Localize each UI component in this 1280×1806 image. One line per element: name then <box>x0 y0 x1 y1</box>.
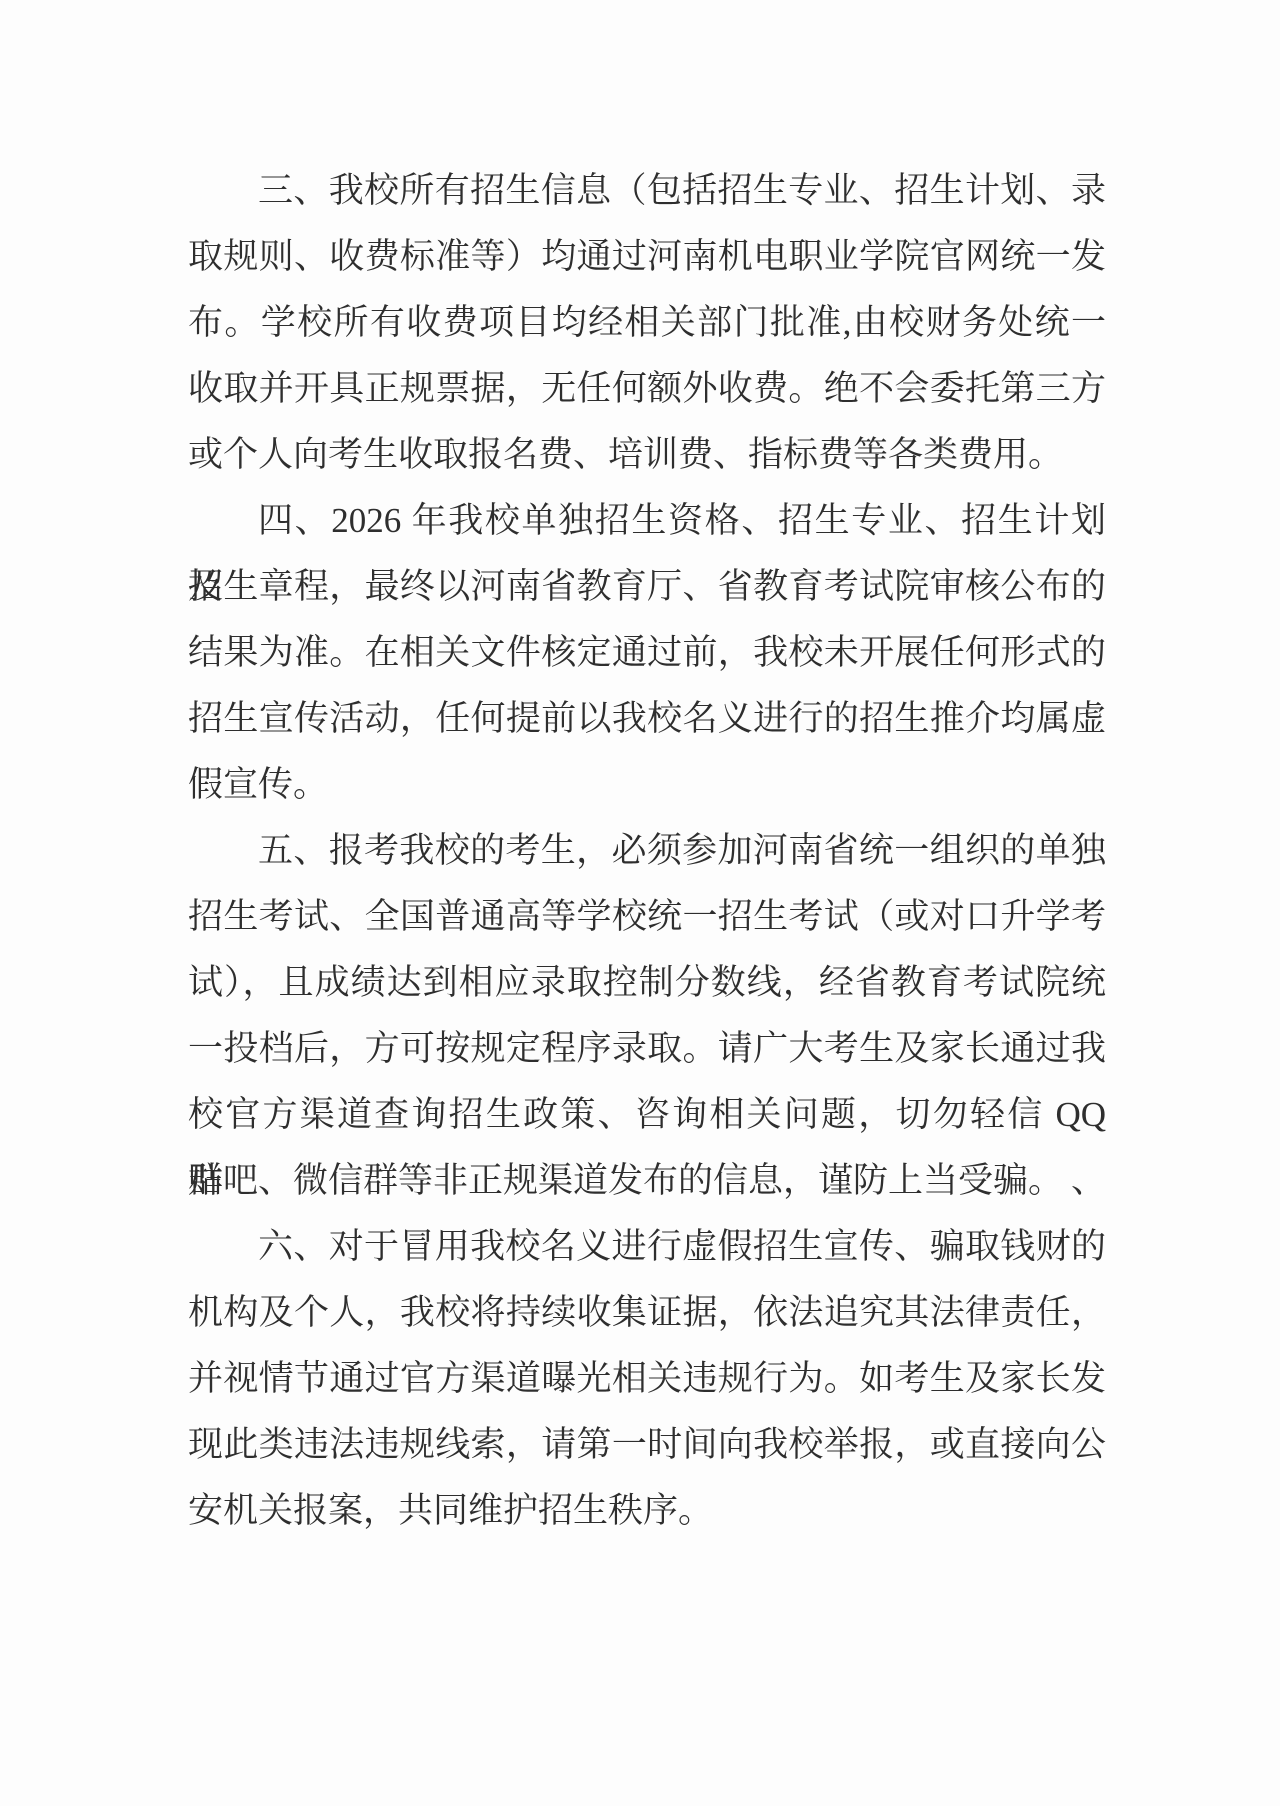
paragraph-item-three: 三、我校所有招生信息（包括招生专业、招生计划、录 取规则、收费标准等）均通过河南… <box>188 158 1106 488</box>
text-line: 并视情节通过官方渠道曝光相关违规行为。如考生及家长发 <box>188 1346 1106 1412</box>
text-line: 招生考试、全国普通高等学校统一招生考试（或对口升学考 <box>188 884 1106 950</box>
text-line: 六、对于冒用我校名义进行虚假招生宣传、骗取钱财的 <box>188 1214 1106 1280</box>
text-line: 机构及个人，我校将持续收集证据，依法追究其法律责任， <box>188 1280 1106 1346</box>
text-line: 安机关报案，共同维护招生秩序。 <box>188 1478 1106 1544</box>
text-line: 四、2026 年我校单独招生资格、招生专业、招生计划及 <box>188 488 1106 554</box>
text-line: 收取并开具正规票据，无任何额外收费。绝不会委托第三方 <box>188 356 1106 422</box>
paragraph-item-four: 四、2026 年我校单独招生资格、招生专业、招生计划及 招生章程，最终以河南省教… <box>188 488 1106 818</box>
text-line: 取规则、收费标准等）均通过河南机电职业学院官网统一发 <box>188 224 1106 290</box>
text-line: 现此类违法违规线索，请第一时间向我校举报，或直接向公 <box>188 1412 1106 1478</box>
text-line: 三、我校所有招生信息（包括招生专业、招生计划、录 <box>188 158 1106 224</box>
text-line: 布。学校所有收费项目均经相关部门批准,由校财务处统一 <box>188 290 1106 356</box>
paragraph-item-six: 六、对于冒用我校名义进行虚假招生宣传、骗取钱财的 机构及个人，我校将持续收集证据… <box>188 1214 1106 1544</box>
paragraph-item-five: 五、报考我校的考生，必须参加河南省统一组织的单独 招生考试、全国普通高等学校统一… <box>188 818 1106 1214</box>
text-line: 结果为准。在相关文件核定通过前，我校未开展任何形式的 <box>188 620 1106 686</box>
text-line: 或个人向考生收取报名费、培训费、指标费等各类费用。 <box>188 422 1106 488</box>
document-body: 三、我校所有招生信息（包括招生专业、招生计划、录 取规则、收费标准等）均通过河南… <box>188 158 1106 1544</box>
document-page: 三、我校所有招生信息（包括招生专业、招生计划、录 取规则、收费标准等）均通过河南… <box>0 0 1280 1806</box>
text-line: 一投档后，方可按规定程序录取。请广大考生及家长通过我 <box>188 1016 1106 1082</box>
text-line: 招生章程，最终以河南省教育厅、省教育考试院审核公布的 <box>188 554 1106 620</box>
text-line: 试），且成绩达到相应录取控制分数线，经省教育考试院统 <box>188 950 1106 1016</box>
text-line: 五、报考我校的考生，必须参加河南省统一组织的单独 <box>188 818 1106 884</box>
text-line: 招生宣传活动，任何提前以我校名义进行的招生推介均属虚 <box>188 686 1106 752</box>
text-line: 校官方渠道查询招生政策、咨询相关问题，切勿轻信 QQ 群、 <box>188 1082 1106 1148</box>
text-line: 假宣传。 <box>188 752 1106 818</box>
text-line: 贴吧、微信群等非正规渠道发布的信息，谨防上当受骗。 <box>188 1148 1106 1214</box>
